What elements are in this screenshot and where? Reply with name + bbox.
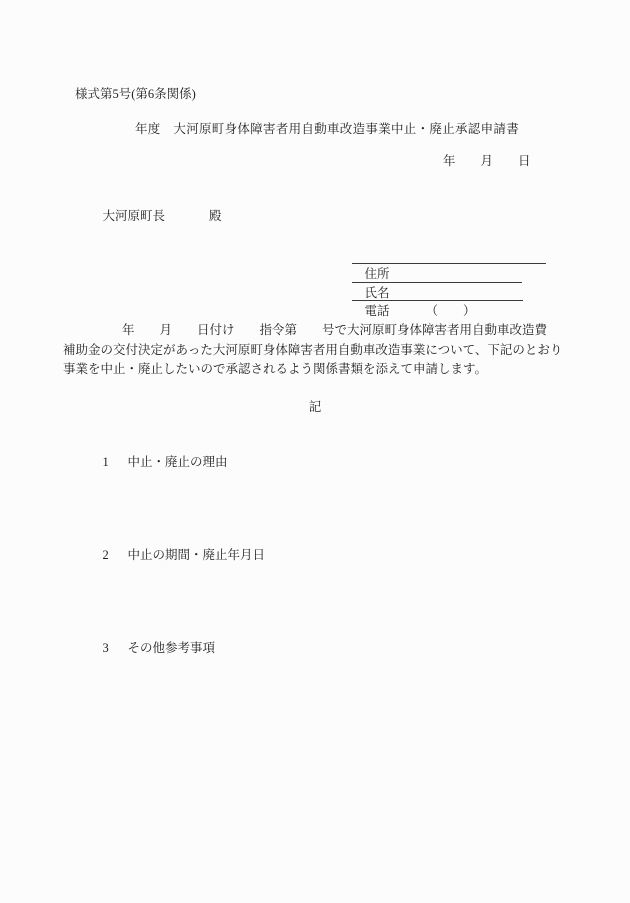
phone-field: 電話（ ） (352, 286, 523, 301)
body-paragraph: 年 月 日付け 指令第 号で大河原町身体障害者用自動車改造費 補助金の交付決定が… (63, 321, 577, 380)
notation-ki: 記 (0, 397, 630, 415)
list-item-2-number: 2 (103, 548, 128, 563)
list-item-3: 3その他参考事項 (90, 623, 215, 671)
body-paragraph-line-1: 年 月 日付け 指令第 号で大河原町身体障害者用自動車改造費 (63, 321, 577, 341)
addressee-honorific: 殿 (209, 209, 222, 223)
list-item-2-label: 中止の期間・廃止年月日 (128, 548, 266, 562)
name-field: 氏名 (352, 268, 522, 283)
form-number: 様式第5号(第6条関係) (75, 84, 196, 102)
phone-field-label: 電話 (365, 304, 390, 318)
list-item-2: 2中止の期間・廃止年月日 (90, 530, 265, 578)
list-item-1-number: 1 (103, 455, 128, 470)
addressee-recipient: 大河原町長 (103, 209, 166, 223)
body-paragraph-line-2: 補助金の交付決定があった大河原町身体障害者用自動車改造事業について、下記のとおり (63, 341, 577, 361)
application-form-page: 様式第5号(第6条関係) 年度 大河原町身体障害者用自動車改造事業中止・廃止承認… (0, 0, 630, 903)
list-item-1: 1中止・廃止の理由 (90, 437, 228, 485)
phone-area-code-parens: （ ） (426, 304, 476, 318)
list-item-3-number: 3 (103, 641, 128, 656)
list-item-3-label: その他参考事項 (128, 641, 216, 655)
address-field: 住所 (352, 249, 546, 264)
addressee-line: 大河原町長殿 (90, 191, 222, 239)
body-paragraph-line-3: 事業を中止・廃止したいので承認されるよう関係書類を添えて申請します。 (63, 360, 577, 380)
date-blank-line: 年 月 日 (443, 151, 531, 169)
document-title: 年度 大河原町身体障害者用自動車改造事業中止・廃止承認申請書 (135, 119, 519, 137)
list-item-1-label: 中止・廃止の理由 (128, 455, 228, 469)
